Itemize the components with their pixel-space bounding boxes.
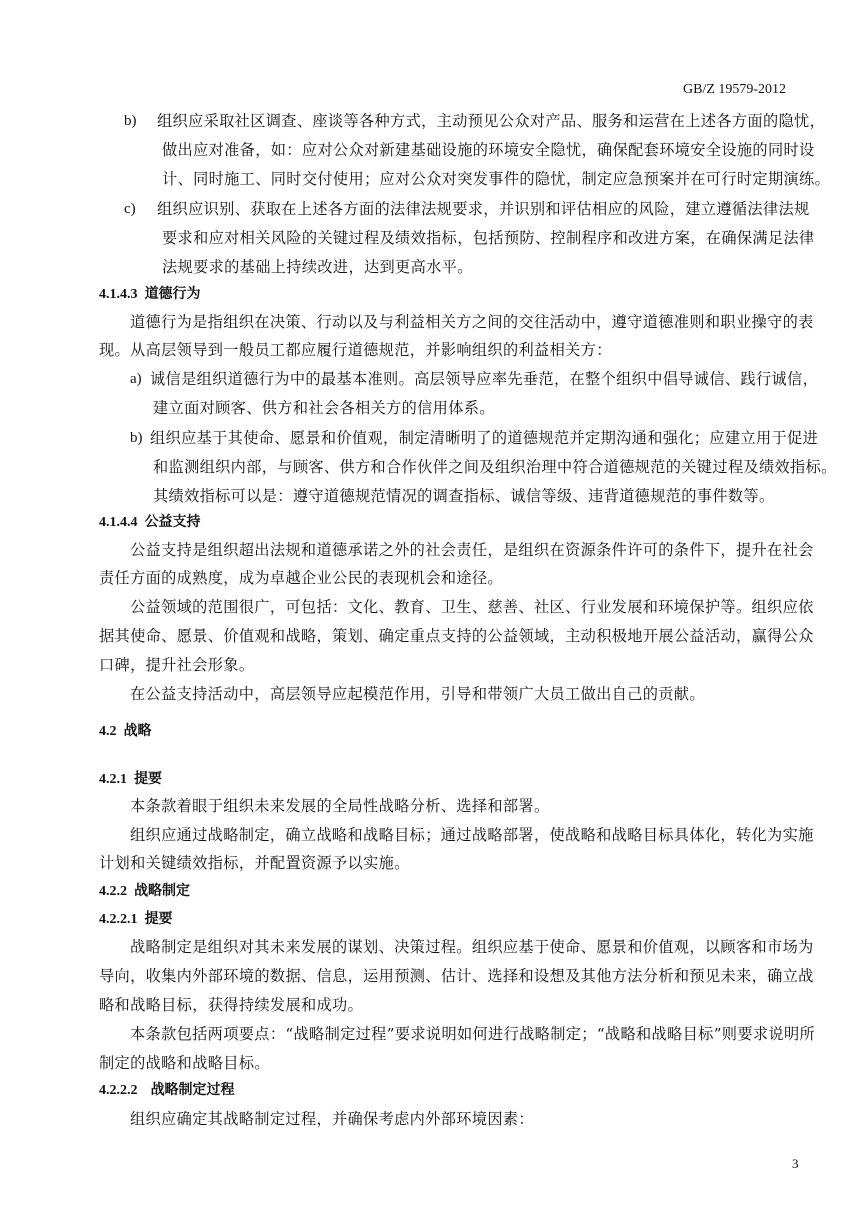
list-item-c-line-3: 法规要求的基础上持续改进，达到更高水平。: [162, 257, 473, 277]
paragraph-line: 公益支持是组织超出法规和道德承诺之外的社会责任，是组织在资源条件许可的条件下，提…: [130, 540, 814, 560]
paragraph-line: 责任方面的成熟度，成为卓越企业公民的表现机会和途径。: [99, 568, 503, 588]
heading-number: 4.1.4.3: [99, 287, 138, 302]
heading-4-1-4-4: 4.1.4.4 公益支持: [99, 512, 201, 533]
page-number: 3: [792, 1156, 799, 1172]
paragraph-line: 战略制定是组织对其未来发展的谋划、决策过程。组织应基于使命、愿景和价值观，以顾客…: [130, 937, 814, 957]
list-item-a-line-2: 建立面对顾客、供方和社会各相关方的信用体系。: [153, 398, 495, 418]
list-item-b-line-2: 做出应对准备，如：应对公众对新建基础设施的环境安全隐忧，确保配套环境安全设施的同…: [162, 140, 815, 160]
list-marker-a: a): [130, 369, 142, 389]
heading-number: 4.1.4.4: [99, 515, 138, 530]
heading-4-2-1: 4.2.1 提要: [99, 769, 162, 790]
document-id-header: GB/Z 19579-2012: [683, 80, 786, 100]
list-item-a-line-1: 诚信是组织道德行为中的最基本准则。高层领导应率先垂范，在整个组织中倡导诚信、践行…: [150, 369, 818, 389]
heading-4-1-4-3: 4.1.4.3 道德行为: [99, 284, 201, 305]
paragraph-line: 口碑，提升社会形象。: [99, 655, 254, 675]
paragraph-line: 制定的战略和战略目标。: [99, 1053, 270, 1073]
paragraph-line: 组织应通过战略制定，确立战略和战略目标；通过战略部署，使战略和战略目标具体化，转…: [130, 825, 814, 845]
list-item-c-line-1: 组织应识别、获取在上述各方面的法律法规要求，并识别和评估相应的风险，建立遵循法律…: [157, 199, 810, 219]
paragraph-line: 计划和关键绩效指标，并配置资源予以实施。: [99, 853, 410, 873]
heading-title: 道德行为: [145, 286, 201, 302]
heading-4-2-2: 4.2.2 战略制定: [99, 881, 190, 902]
heading-title: 提要: [134, 771, 162, 787]
document-page: GB/Z 19579-2012 b) 组织应采取社区调查、座谈等各种方式，主动预…: [0, 0, 860, 1216]
list-item-b-line-1: 组织应采取社区调查、座谈等各种方式，主动预见公众对产品、服务和运营在上述各方面的…: [157, 111, 825, 131]
paragraph-line: 组织应确定其战略制定过程，并确保考虑内外部环境因素：: [130, 1109, 534, 1129]
heading-title: 公益支持: [145, 514, 201, 530]
heading-4-2-2-1: 4.2.2.1 提要: [99, 909, 173, 930]
heading-title: 战略: [124, 723, 152, 739]
paragraph-line: 道德行为是指组织在决策、行动以及与利益相关方之间的交往活动中，遵守道德准则和职业…: [130, 312, 814, 332]
heading-4-2: 4.2 战略: [99, 721, 152, 742]
heading-title: 战略制定: [134, 883, 190, 899]
list-item-c-line-2: 要求和应对相关风险的关键过程及绩效指标，包括预防、控制程序和改进方案，在确保满足…: [162, 228, 815, 248]
paragraph-line: 导向，收集内外部环境的数据、信息，运用预测、估计、选择和设想及其他方法分析和预见…: [99, 966, 814, 986]
heading-4-2-2-2: 4.2.2.2 战略制定过程: [99, 1080, 235, 1101]
heading-number: 4.2.2: [99, 884, 127, 899]
heading-number: 4.2.2.2: [99, 1083, 138, 1098]
paragraph-line: 据其使命、愿景、价值观和战略，策划、确定重点支持的公益领域，主动积极地开展公益活…: [99, 626, 814, 646]
list-item-b-line-3: 其绩效指标可以是：遵守道德规范情况的调查指标、诚信等级、违背道德规范的事件数等。: [153, 486, 775, 506]
list-item-b-line-3: 计、同时施工、同时交付使用；应对公众对突发事件的隐忧，制定应急预案并在可行时定期…: [162, 169, 830, 189]
heading-number: 4.2.1: [99, 772, 127, 787]
heading-number: 4.2: [99, 724, 117, 739]
list-item-b-line-1: 组织应基于其使命、愿景和价值观，制定清晰明了的道德规范并定期沟通和强化；应建立用…: [150, 428, 818, 448]
paragraph-line: 本条款着眼于组织未来发展的全局性战略分析、选择和部署。: [130, 796, 550, 816]
list-item-b-line-2: 和监测组织内部，与顾客、供方和合作伙伴之间及组织治理中符合道德规范的关键过程及绩…: [153, 457, 837, 477]
heading-title: 提要: [145, 911, 173, 927]
paragraph-line: 现。从高层领导到一般员工都应履行道德规范，并影响组织的利益相关方：: [99, 340, 612, 360]
heading-number: 4.2.2.1: [99, 912, 138, 927]
list-marker-c: c): [124, 199, 136, 219]
list-marker-b: b): [130, 428, 143, 448]
heading-title: 战略制定过程: [151, 1082, 235, 1098]
paragraph-line: 略和战略目标，获得持续发展和成功。: [99, 995, 363, 1015]
paragraph-line: 公益领域的范围很广，可包括：文化、教育、卫生、慈善、社区、行业发展和环境保护等。…: [130, 597, 814, 617]
paragraph-line: 本条款包括两项要点：“战略制定过程”要求说明如何进行战略制定；“战略和战略目标”…: [130, 1024, 815, 1044]
paragraph-line: 在公益支持活动中，高层领导应起模范作用，引导和带领广大员工做出自己的贡献。: [130, 684, 705, 704]
list-marker-b: b): [124, 111, 137, 131]
